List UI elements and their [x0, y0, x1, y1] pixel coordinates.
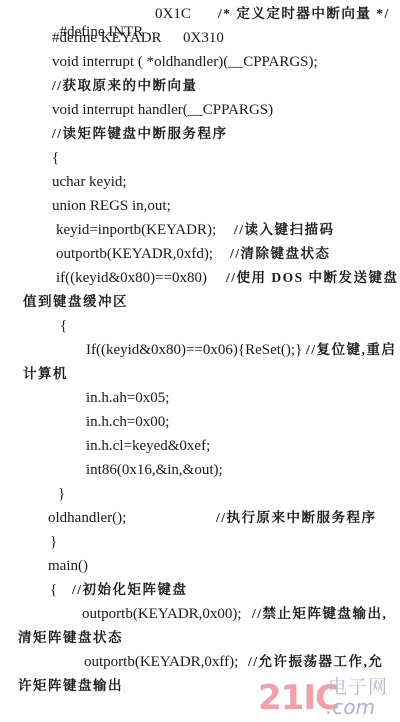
code-comment-wrap: 计算机	[23, 365, 68, 383]
watermark-domain: .com	[326, 696, 375, 718]
code-line-define-keyadr: #define KEYADR	[52, 29, 162, 47]
code-comment: //执行原来中断服务程序	[216, 509, 377, 527]
code-line: uchar keyid;	[52, 173, 127, 191]
code-line: if((keyid&0x80)==0x80)	[56, 269, 207, 287]
code-line: outportb(KEYADR,0x00);	[82, 605, 242, 623]
code-line: in.h.ch=0x00;	[86, 413, 169, 431]
code-comment-wrap: 清矩阵键盘状态	[18, 629, 123, 647]
code-line: {	[60, 317, 67, 335]
code-line: void interrupt ( *oldhandler)(__CPPARGS)…	[52, 53, 318, 71]
code-line: in.h.ah=0x05;	[86, 389, 169, 407]
code-comment: //禁止矩阵键盘输出,	[252, 605, 387, 623]
code-line: union REGS in,out;	[52, 197, 171, 215]
code-line: int86(0x16,&in,&out);	[86, 461, 223, 479]
code-line: }	[50, 533, 57, 551]
code-line: }	[58, 485, 65, 503]
code-line-define-intr: #define INTR	[52, 5, 143, 23]
code-comment-wrap: 值到键盘缓冲区	[23, 293, 128, 311]
code-comment: /* 定义定时器中断向量 */	[218, 5, 390, 23]
code-line: {	[52, 149, 59, 167]
code-line: keyid=inportb(KEYADR);	[56, 221, 216, 239]
code-line: main()	[48, 557, 88, 575]
code-line: outportb(KEYADR,0xff);	[84, 653, 238, 671]
code-value: 0X310	[183, 29, 224, 47]
code-comment: //初始化矩阵键盘	[72, 581, 188, 599]
code-value: 0X1C	[155, 5, 191, 23]
watermark-21ic: 21IC 电子网 .com	[258, 676, 398, 718]
code-comment: //复位键,重启	[306, 341, 396, 359]
code-comment-wrap: 许矩阵键盘输出	[18, 677, 123, 695]
code-line: void interrupt handler(__CPPARGS)	[52, 101, 273, 119]
code-comment: //获取原来的中断向量	[52, 77, 198, 95]
code-line: If((keyid&0x80)==0x06){ReSet();}	[86, 341, 302, 359]
code-line: outportb(KEYADR,0xfd);	[56, 245, 213, 263]
code-comment: //允许振荡器工作,允	[248, 653, 383, 671]
code-line: oldhandler();	[48, 509, 126, 527]
code-comment: //读入键扫描码	[234, 221, 335, 239]
code-comment: //清除键盘状态	[230, 245, 331, 263]
code-comment: //使用 DOS 中断发送键盘	[226, 269, 399, 287]
code-comment: //读矩阵键盘中断服务程序	[52, 125, 228, 143]
code-line: {	[50, 581, 57, 599]
code-line: in.h.cl=keyed&0xef;	[86, 437, 210, 455]
